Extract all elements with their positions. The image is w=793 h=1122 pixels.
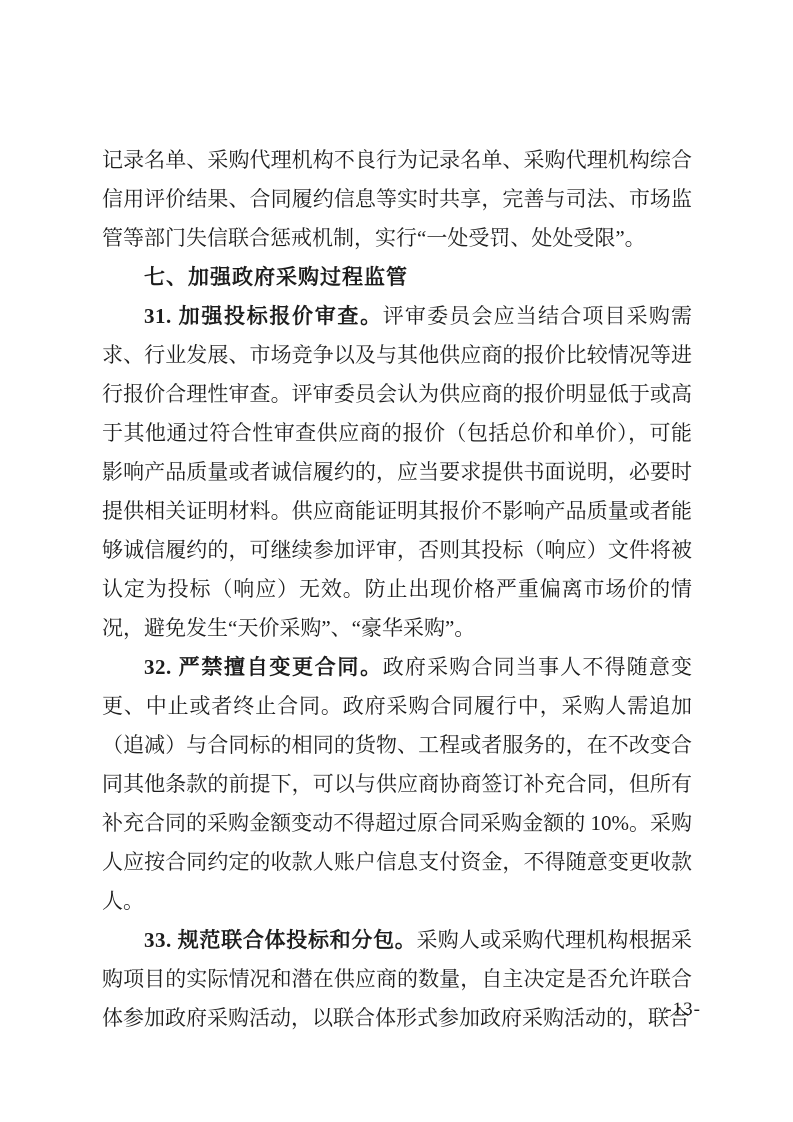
item-31-body: 评审委员会应当结合项目采购需求、行业发展、市场竞争以及与其他供应商的报价比较情况… [102, 304, 692, 640]
document-body: 记录名单、采购代理机构不良行为记录名单、采购代理机构综合信用评价结果、合同履约信… [102, 141, 692, 1038]
paragraph-item-32: 32. 严禁擅自变更合同。政府采购合同当事人不得随意变更、中止或者终止合同。政府… [102, 648, 692, 921]
paragraph-item-33: 33. 规范联合体投标和分包。采购人或采购代理机构根据采购项目的实际情况和潜在供… [102, 921, 692, 1038]
item-33-number-title: 33. 规范联合体投标和分包。 [144, 928, 417, 952]
section-heading: 七、加强政府采购过程监管 [102, 258, 692, 297]
item-31-number-title: 31. 加强投标报价审查。 [144, 304, 383, 328]
paragraph-continuation: 记录名单、采购代理机构不良行为记录名单、采购代理机构综合信用评价结果、合同履约信… [102, 141, 692, 258]
document-page: 记录名单、采购代理机构不良行为记录名单、采购代理机构综合信用评价结果、合同履约信… [0, 0, 793, 1122]
item-32-number-title: 32. 严禁擅自变更合同。 [144, 655, 383, 679]
paragraph-item-31: 31. 加强投标报价审查。评审委员会应当结合项目采购需求、行业发展、市场竞争以及… [102, 297, 692, 648]
page-number: -13- [665, 999, 701, 1021]
item-32-body: 政府采购合同当事人不得随意变更、中止或者终止合同。政府采购合同履行中，采购人需追… [102, 655, 692, 913]
